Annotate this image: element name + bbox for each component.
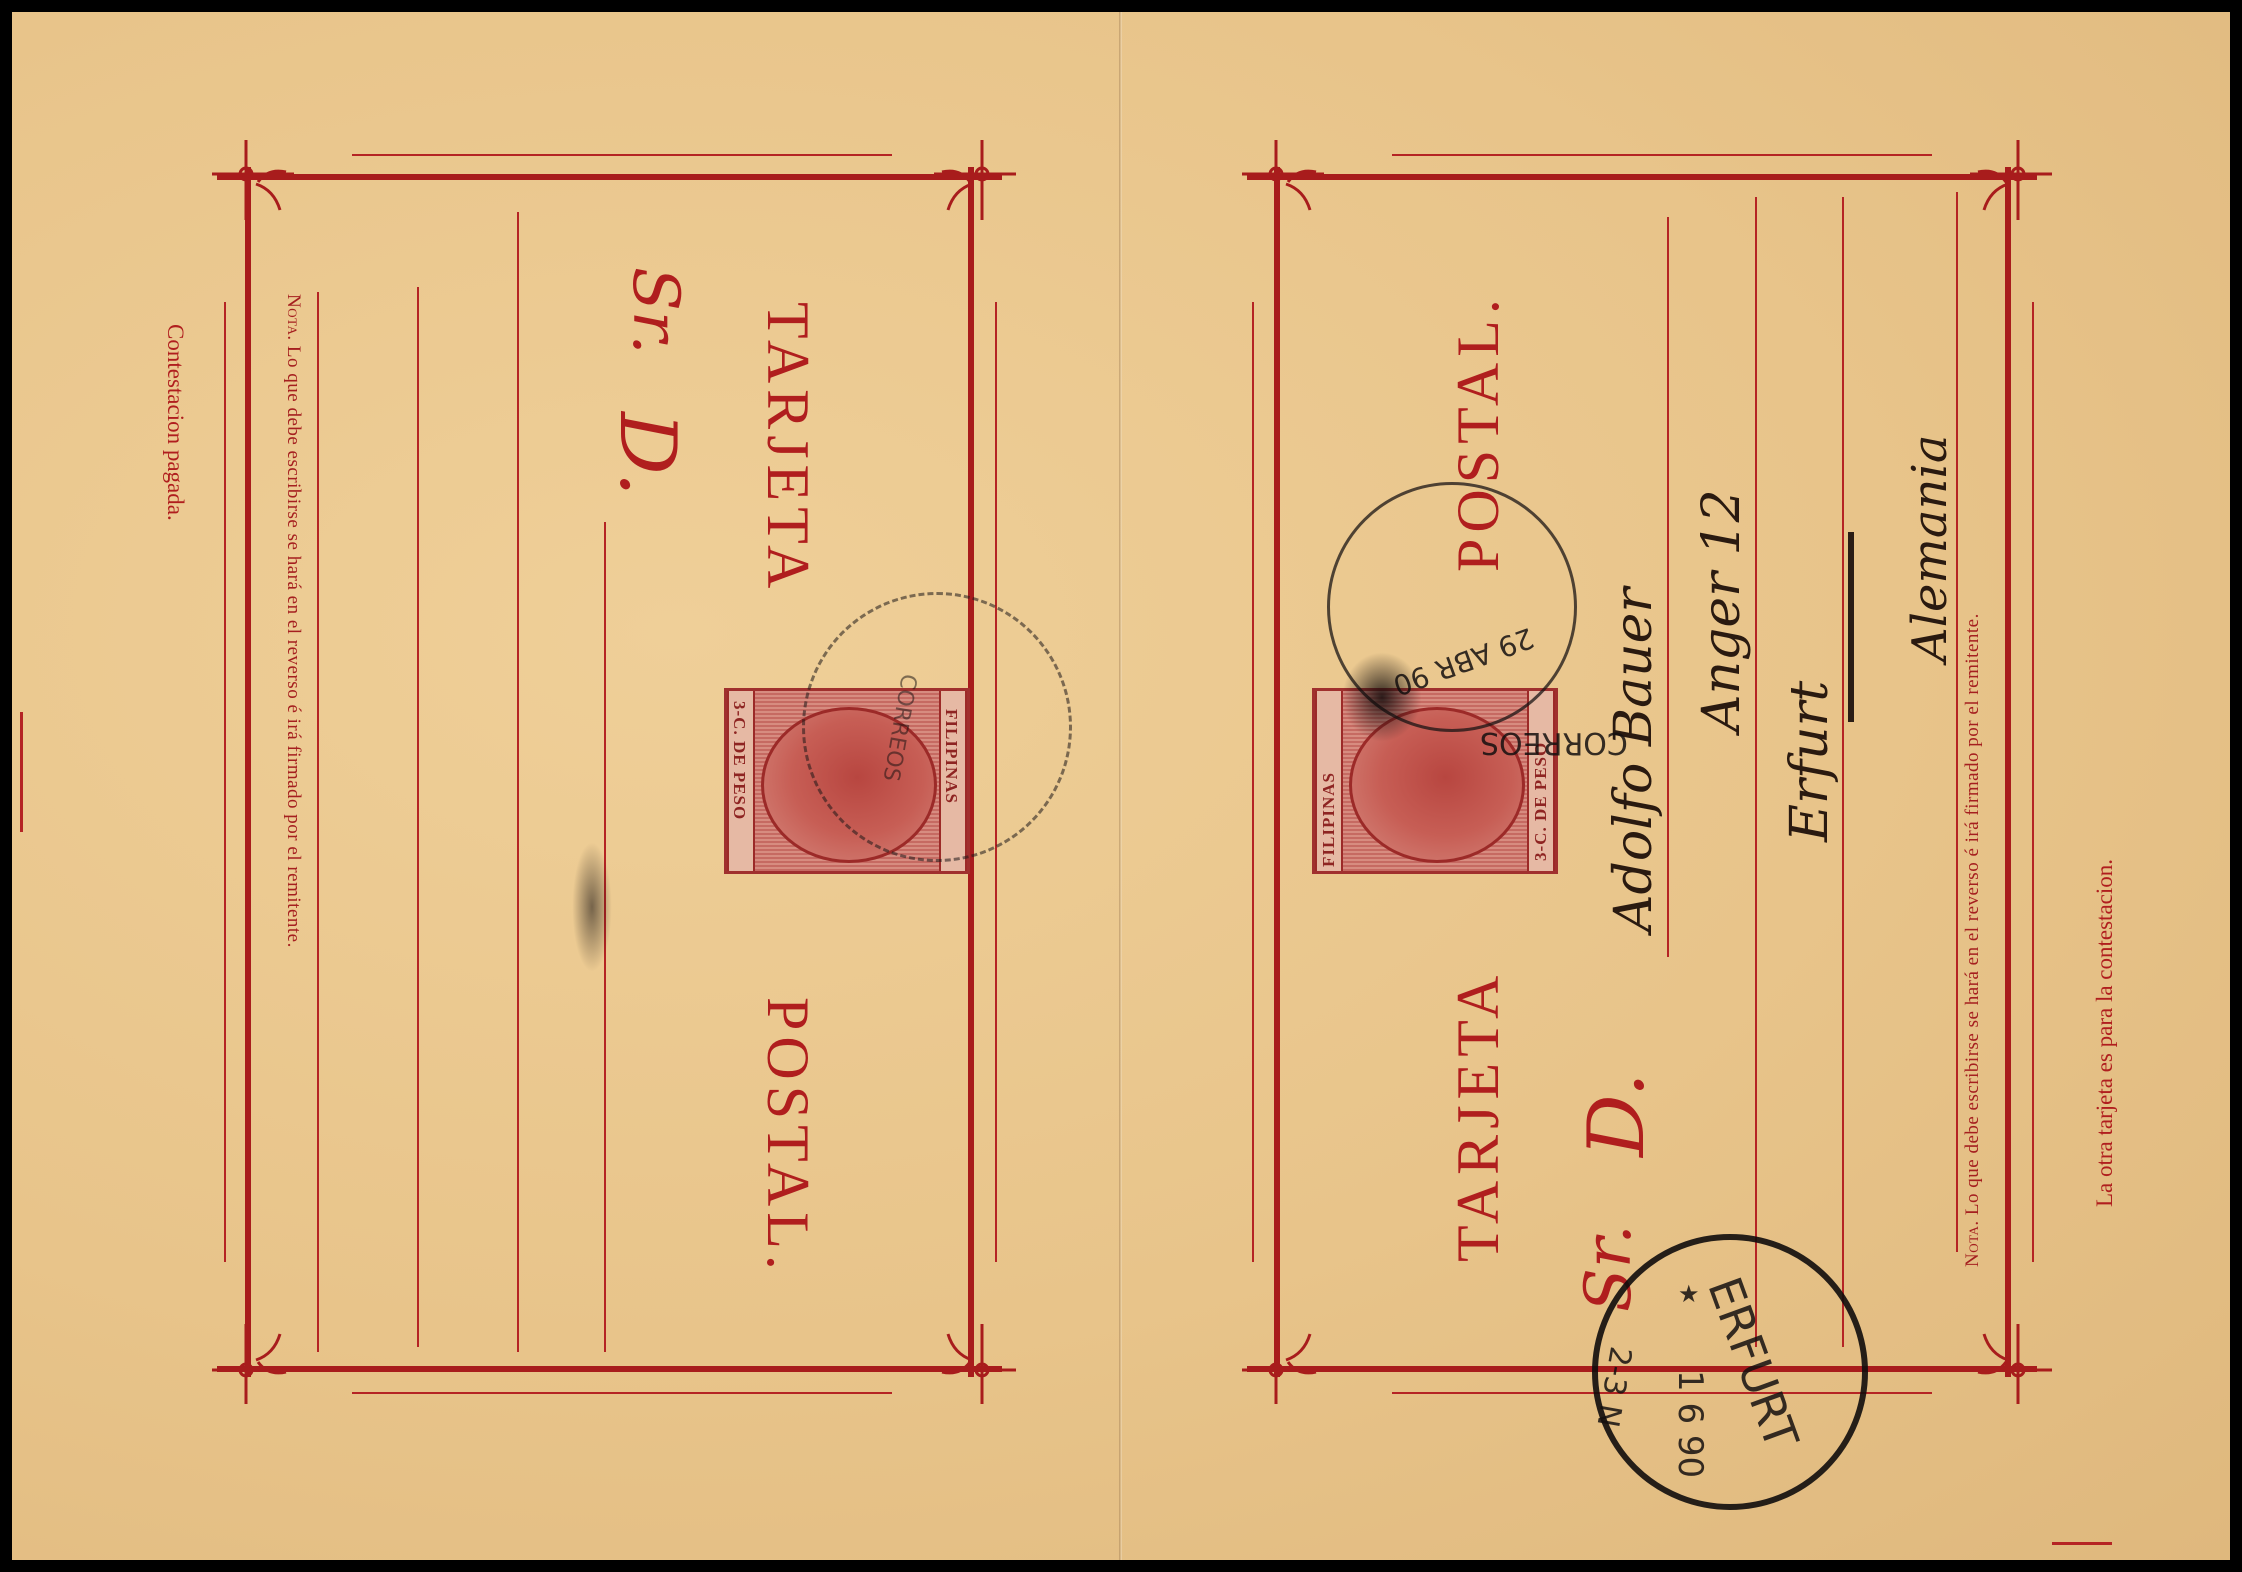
postal-card-sheet: TARJETA POSTAL. Sr. D. Nota. Lo que debe… <box>12 12 2230 1560</box>
stamp-value-band: 3-C. DE PESO <box>1527 691 1555 871</box>
left-card-side-label: Contestacion pagada. <box>162 324 188 521</box>
margin-mark <box>20 712 23 832</box>
left-card-frame-bottom <box>217 1366 1002 1372</box>
right-card-address-line-2 <box>1755 197 1757 1347</box>
left-card-outer-rule-bottom <box>352 1392 892 1394</box>
right-card-frame-left <box>1274 167 1280 1377</box>
ornament-corner-icon <box>204 1324 294 1414</box>
right-card-d-label: D. <box>1572 1072 1662 1157</box>
left-card-frame-top <box>217 174 1002 180</box>
left-card-address-line-2 <box>517 212 519 1352</box>
right-card-side-label: La otra tarjeta es para la contestacion. <box>2092 859 2118 1207</box>
left-card-sr-label: Sr. <box>618 267 692 355</box>
left-card-address-line-1 <box>417 287 419 1347</box>
right-card-address-line-1 <box>1667 217 1669 957</box>
arrival-postmark-time: 2-3 N <box>1589 1344 1638 1430</box>
handwritten-street: Anger 12 <box>1692 489 1752 732</box>
right-card-address-line-3 <box>1842 197 1844 1347</box>
left-card-outer-rule-top <box>352 154 892 156</box>
left-card-nota: Nota. Lo que debe escribirse se hará en … <box>282 294 304 948</box>
handwritten-city: Erfurt <box>1780 681 1840 842</box>
left-card-d-label: D. <box>602 412 692 497</box>
postmark-text: CORREOS <box>877 672 920 783</box>
pen-underline <box>1848 532 1854 722</box>
ink-smudge <box>1342 652 1422 742</box>
star-icon: ★ <box>1678 1280 1700 1308</box>
nota-label: Nota. <box>1962 1220 1983 1267</box>
nota-text: Lo que debe escribirse se hará en el rev… <box>283 346 304 948</box>
stamp-country: FILIPINAS <box>1319 772 1339 867</box>
ornament-corner-icon <box>1234 1324 1324 1414</box>
left-card-frame-left <box>245 167 251 1377</box>
ornament-corner-icon <box>1234 130 1324 220</box>
ink-smudge <box>572 842 612 972</box>
right-card-nota-rule <box>1956 192 1958 1252</box>
right-card-title-tarjeta: TARJETA <box>1444 970 1513 1262</box>
right-card-outer-rule-right <box>2032 302 2034 1262</box>
left-card-title-postal: POSTAL. <box>753 997 822 1276</box>
left-card-title-tarjeta: TARJETA <box>753 302 822 594</box>
handwritten-country: Alemania <box>1902 435 1958 662</box>
ornament-corner-icon <box>934 130 1024 220</box>
left-card-nota-rule <box>317 292 319 1352</box>
right-card-outer-rule-left <box>1252 302 1254 1262</box>
right-card-nota: Nota. Lo que debe escribirse se hará en … <box>1962 613 1984 1267</box>
stamp-value: 3-C. DE PESO <box>729 701 749 820</box>
ornament-corner-icon <box>204 130 294 220</box>
arrival-postmark: ERFURT 1 6 90 2-3 N ★ <box>1592 1234 1868 1510</box>
margin-mark <box>2052 1542 2112 1545</box>
left-card-outer-rule-left <box>224 302 226 1262</box>
origin-postmark-text: CORREOS <box>1480 725 1628 760</box>
ornament-corner-icon <box>1970 130 2060 220</box>
right-card-frame-right <box>2005 167 2011 1377</box>
nota-label: Nota. <box>283 294 304 341</box>
left-card-postmark: CORREOS <box>802 592 1072 862</box>
stamp-country-band: FILIPINAS <box>1315 691 1343 871</box>
stamp-value-band: 3-C. DE PESO <box>727 691 755 871</box>
arrival-postmark-date: 1 6 90 <box>1670 1370 1710 1478</box>
right-card-frame-top <box>1247 174 2037 180</box>
ornament-corner-icon <box>1970 1324 2060 1414</box>
ornament-corner-icon <box>934 1324 1024 1414</box>
right-card-outer-rule-top <box>1392 154 1932 156</box>
center-fold <box>1119 12 1122 1560</box>
nota-text: Lo que debe escribirse se hará en el rev… <box>1962 613 1983 1215</box>
arrival-postmark-city: ERFURT <box>1697 1270 1809 1456</box>
